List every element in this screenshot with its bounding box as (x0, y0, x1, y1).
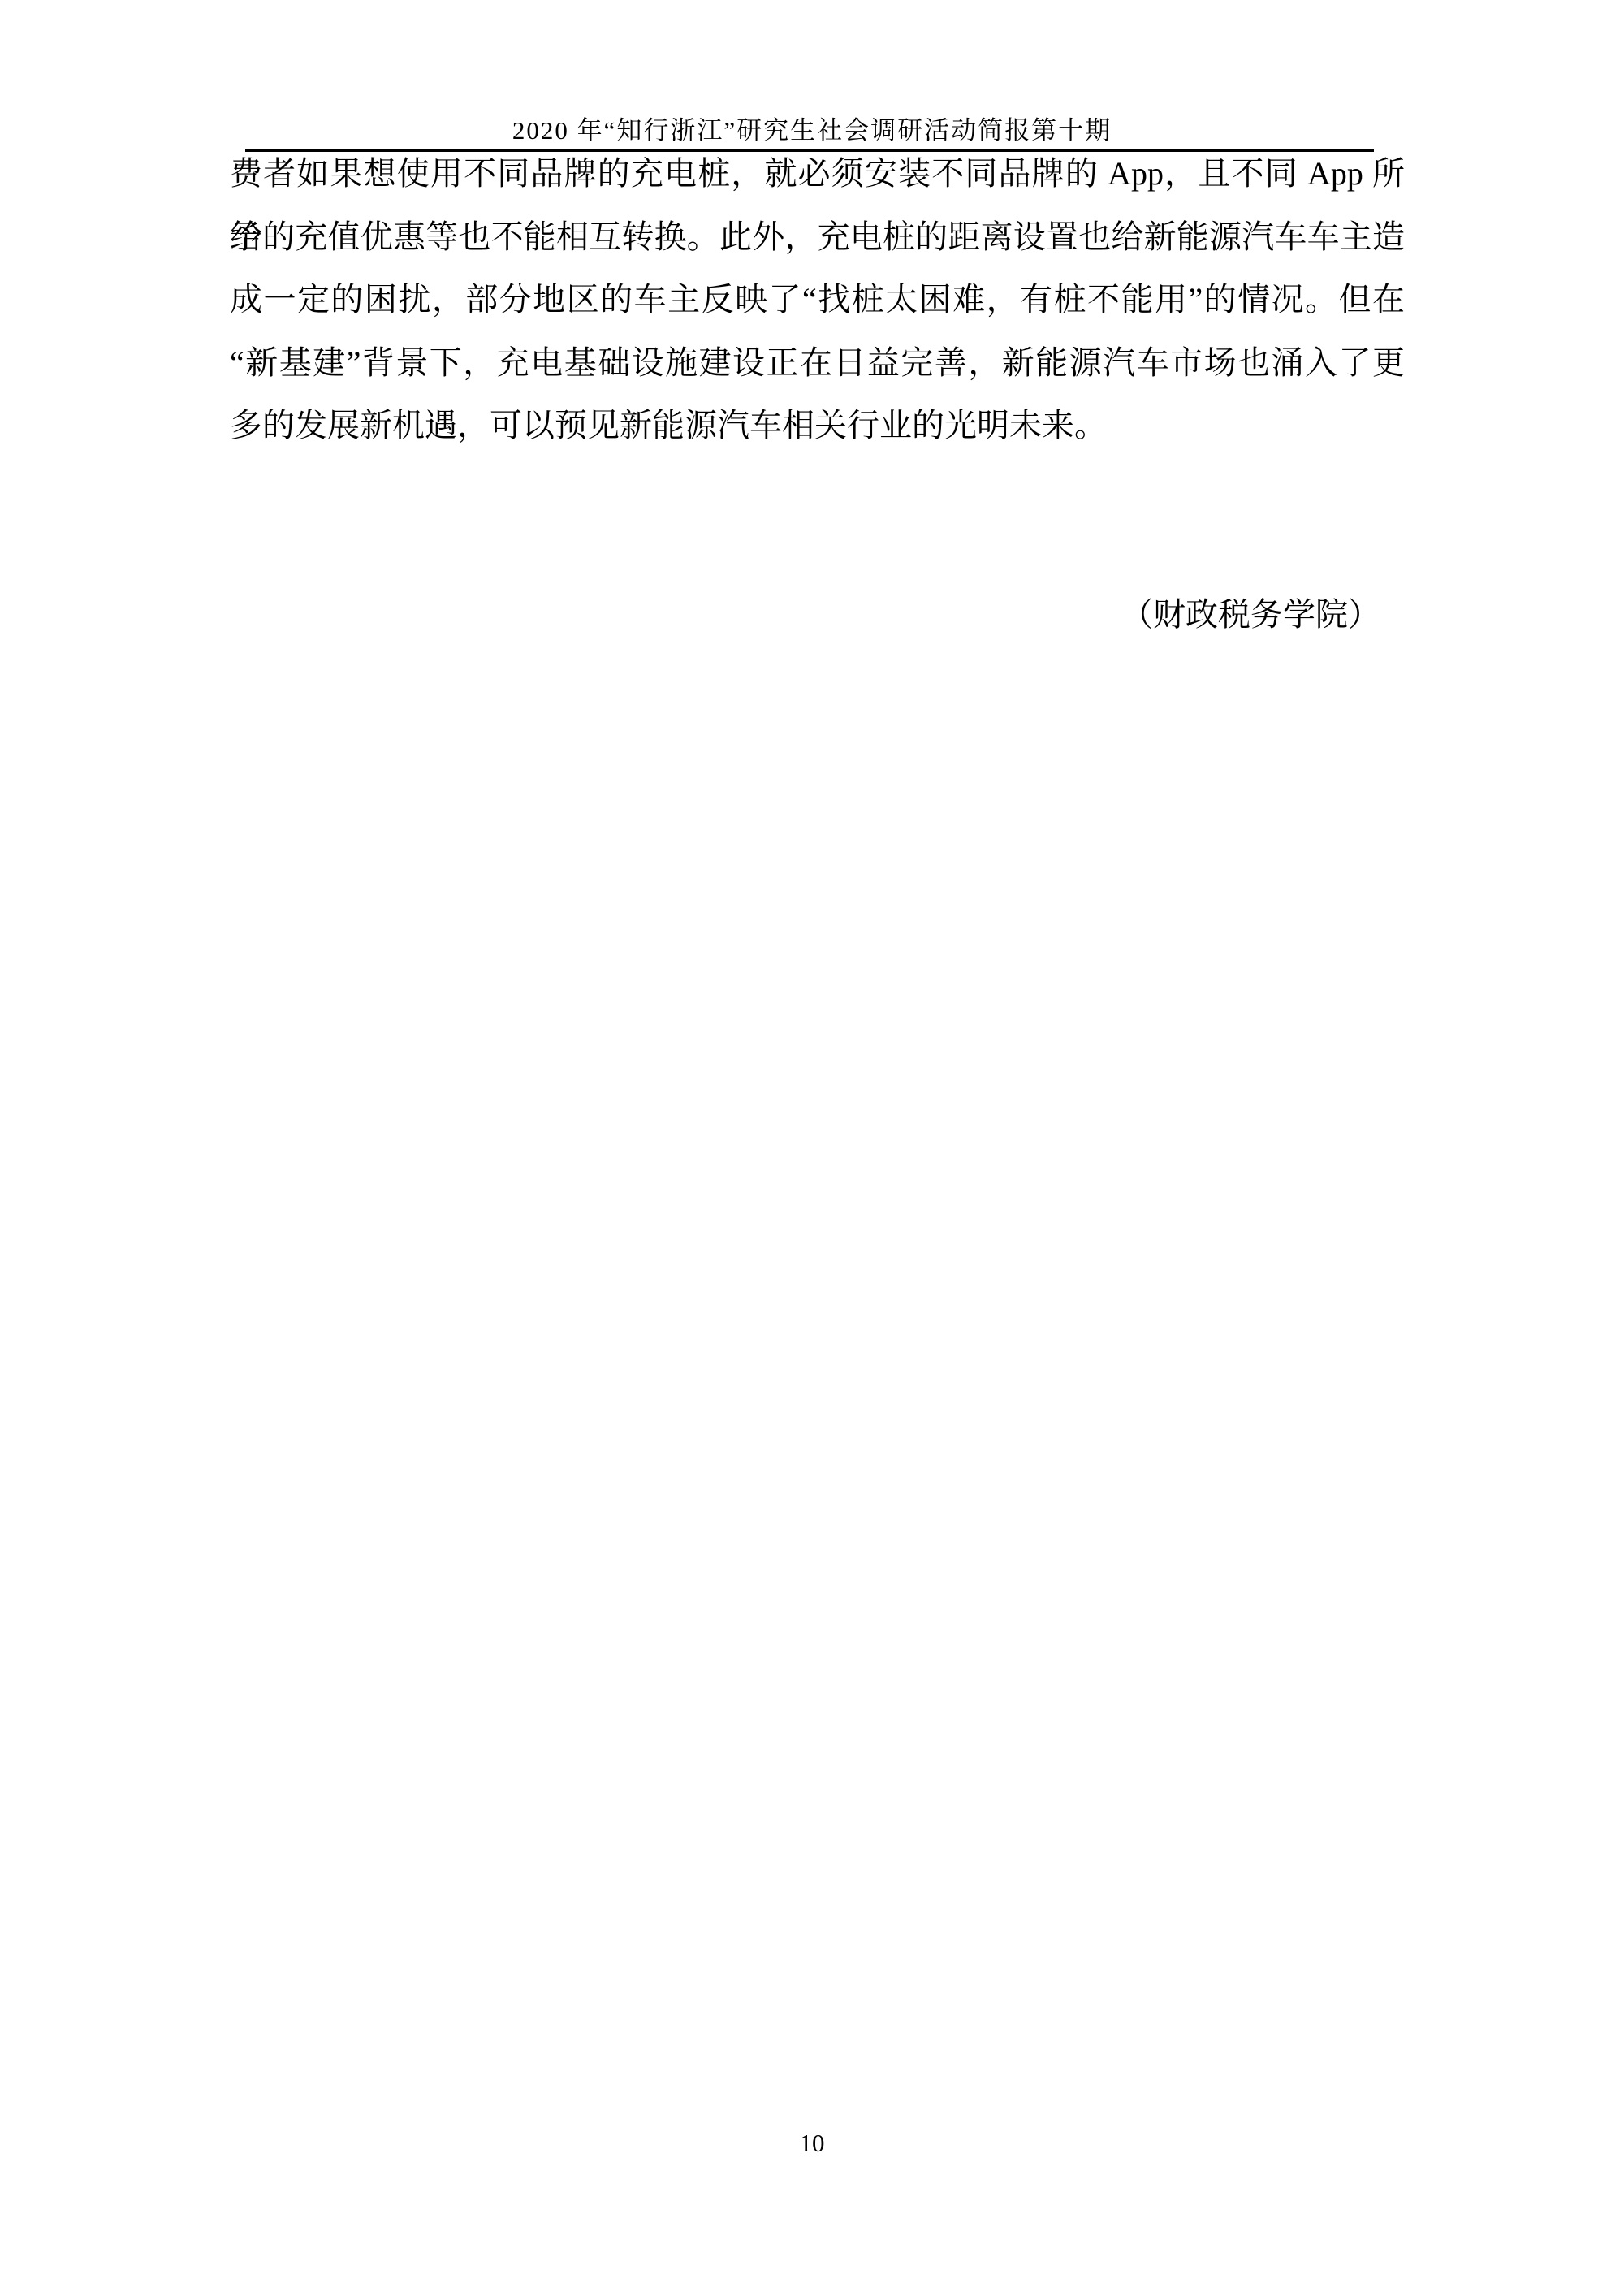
body-text-line: 予的充值优惠等也不能相互转换。此外，充电桩的距离设置也给新能源汽车车主造 (230, 205, 1405, 269)
page-number: 10 (0, 2129, 1624, 2158)
document-page: 2020 年“知行浙江”研究生社会调研活动简报第十期 费者如果想使用不同品牌的充… (0, 0, 1624, 2296)
body-text-line: 成一定的困扰，部分地区的车主反映了“找桩太困难，有桩不能用”的情况。但在 (230, 268, 1405, 331)
body-paragraph: 费者如果想使用不同品牌的充电桩，就必须安装不同品牌的 App，且不同 App 所… (230, 142, 1405, 646)
blank-space (230, 457, 1405, 583)
body-text-line: 多的发展新机遇，可以预见新能源汽车相关行业的光明未来。 (230, 394, 1405, 457)
page-header-title: 2020 年“知行浙江”研究生社会调研活动简报第十期 (0, 116, 1624, 145)
body-text-line: “新基建”背景下，充电基础设施建设正在日益完善，新能源汽车市场也涌入了更 (230, 331, 1405, 395)
body-text-line: 费者如果想使用不同品牌的充电桩，就必须安装不同品牌的 App，且不同 App 所… (230, 142, 1405, 205)
attribution-line: （财政税务学院） (230, 583, 1405, 646)
